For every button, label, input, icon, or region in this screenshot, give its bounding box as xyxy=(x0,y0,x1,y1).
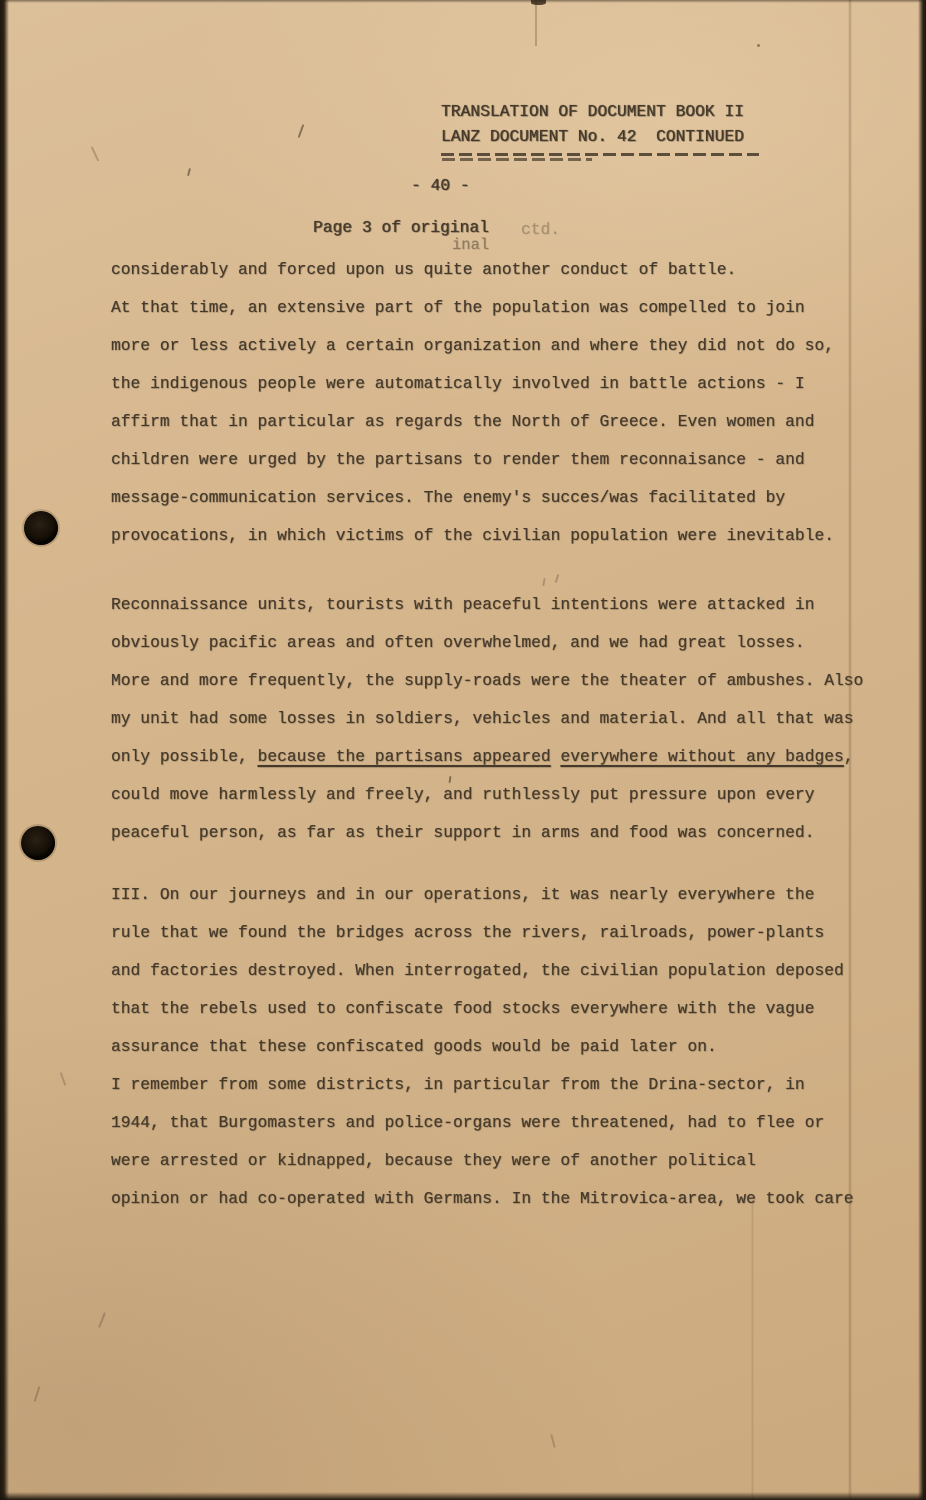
stray-mark xyxy=(60,1072,66,1086)
scan-edge-right xyxy=(918,0,926,1500)
text-line: More and more frequently, the supply-roa… xyxy=(111,662,863,700)
stray-mark xyxy=(298,124,304,138)
stray-mark xyxy=(757,44,760,47)
text-line: more or less actively a certain organiza… xyxy=(111,327,834,365)
stray-mark xyxy=(555,574,559,583)
paper-crease xyxy=(535,0,537,46)
text-line: affirm that in particular as regards the… xyxy=(111,403,834,441)
header-rule-dashes-top xyxy=(441,153,759,156)
text-line: Reconnaissance units, tourists with peac… xyxy=(111,586,863,624)
subheading: Page 3 of original xyxy=(313,218,489,237)
stray-mark xyxy=(34,1386,40,1402)
scan-edge-bottom xyxy=(0,1492,926,1500)
hole-punch-bottom xyxy=(21,826,55,860)
stray-mark xyxy=(550,1434,555,1448)
hole-punch-top xyxy=(24,511,58,545)
text-line: 1944, that Burgomasters and police-organ… xyxy=(111,1104,854,1142)
stray-mark xyxy=(98,1312,105,1327)
paragraph-2: Reconnaissance units, tourists with peac… xyxy=(111,586,863,852)
paragraph-1: considerably and forced upon us quite an… xyxy=(111,251,834,555)
text-line: the indigenous people were automatically… xyxy=(111,365,834,403)
text-line: were arrested or kidnapped, because they… xyxy=(111,1142,854,1180)
underline-post-text: , xyxy=(844,747,854,766)
stray-mark xyxy=(91,146,99,161)
page-number: - 40 - xyxy=(411,176,470,195)
text-line: my unit had some losses in soldiers, veh… xyxy=(111,700,863,738)
subheading-note: ctd. xyxy=(521,220,560,239)
stray-mark xyxy=(187,168,191,176)
header-line-2: LANZ DOCUMENT No. 42 CONTINUED xyxy=(441,124,744,149)
underline-gap xyxy=(551,747,561,766)
text-line: children were urged by the partisans to … xyxy=(111,441,834,479)
text-line: considerably and forced upon us quite an… xyxy=(111,251,834,289)
scanned-document-page: TRANSLATION OF DOCUMENT BOOK II LANZ DOC… xyxy=(0,0,926,1500)
text-line: rule that we found the bridges across th… xyxy=(111,914,854,952)
text-line-underlined: only possible, because the partisans app… xyxy=(111,738,863,776)
text-line: peaceful person, as far as their support… xyxy=(111,814,863,852)
underline-pre-text: only possible, xyxy=(111,747,258,766)
underlined-segment-2: everywhere without any badges xyxy=(560,747,843,766)
scan-edge-top xyxy=(0,0,926,3)
top-edge-notch xyxy=(531,0,546,5)
text-line: and factories destroyed. When interrogat… xyxy=(111,952,854,990)
header-rule-dashes-bottom xyxy=(442,158,592,161)
text-line: obviously pacific areas and often overwh… xyxy=(111,624,863,662)
text-line: III. On our journeys and in our operatio… xyxy=(111,876,854,914)
document-header: TRANSLATION OF DOCUMENT BOOK II LANZ DOC… xyxy=(441,99,744,149)
text-line: provocations, in which victims of the ci… xyxy=(111,517,834,555)
text-line: message-communication services. The enem… xyxy=(111,479,834,517)
text-line: opinion or had co-operated with Germans.… xyxy=(111,1180,854,1218)
paragraph-3: III. On our journeys and in our operatio… xyxy=(111,876,854,1218)
underlined-segment-1: because the partisans appeared xyxy=(258,747,551,766)
stray-mark xyxy=(542,578,545,586)
paper-crease xyxy=(751,1200,754,1500)
header-rule xyxy=(441,153,759,162)
text-line: that the rebels used to confiscate food … xyxy=(111,990,854,1028)
text-line: could move harmlessly and freely, and ru… xyxy=(111,776,863,814)
text-line: At that time, an extensive part of the p… xyxy=(111,289,834,327)
header-line-1: TRANSLATION OF DOCUMENT BOOK II xyxy=(441,99,744,124)
text-line: assurance that these confiscated goods w… xyxy=(111,1028,854,1066)
text-line: I remember from some districts, in parti… xyxy=(111,1066,854,1104)
scan-edge-left xyxy=(0,0,9,1500)
